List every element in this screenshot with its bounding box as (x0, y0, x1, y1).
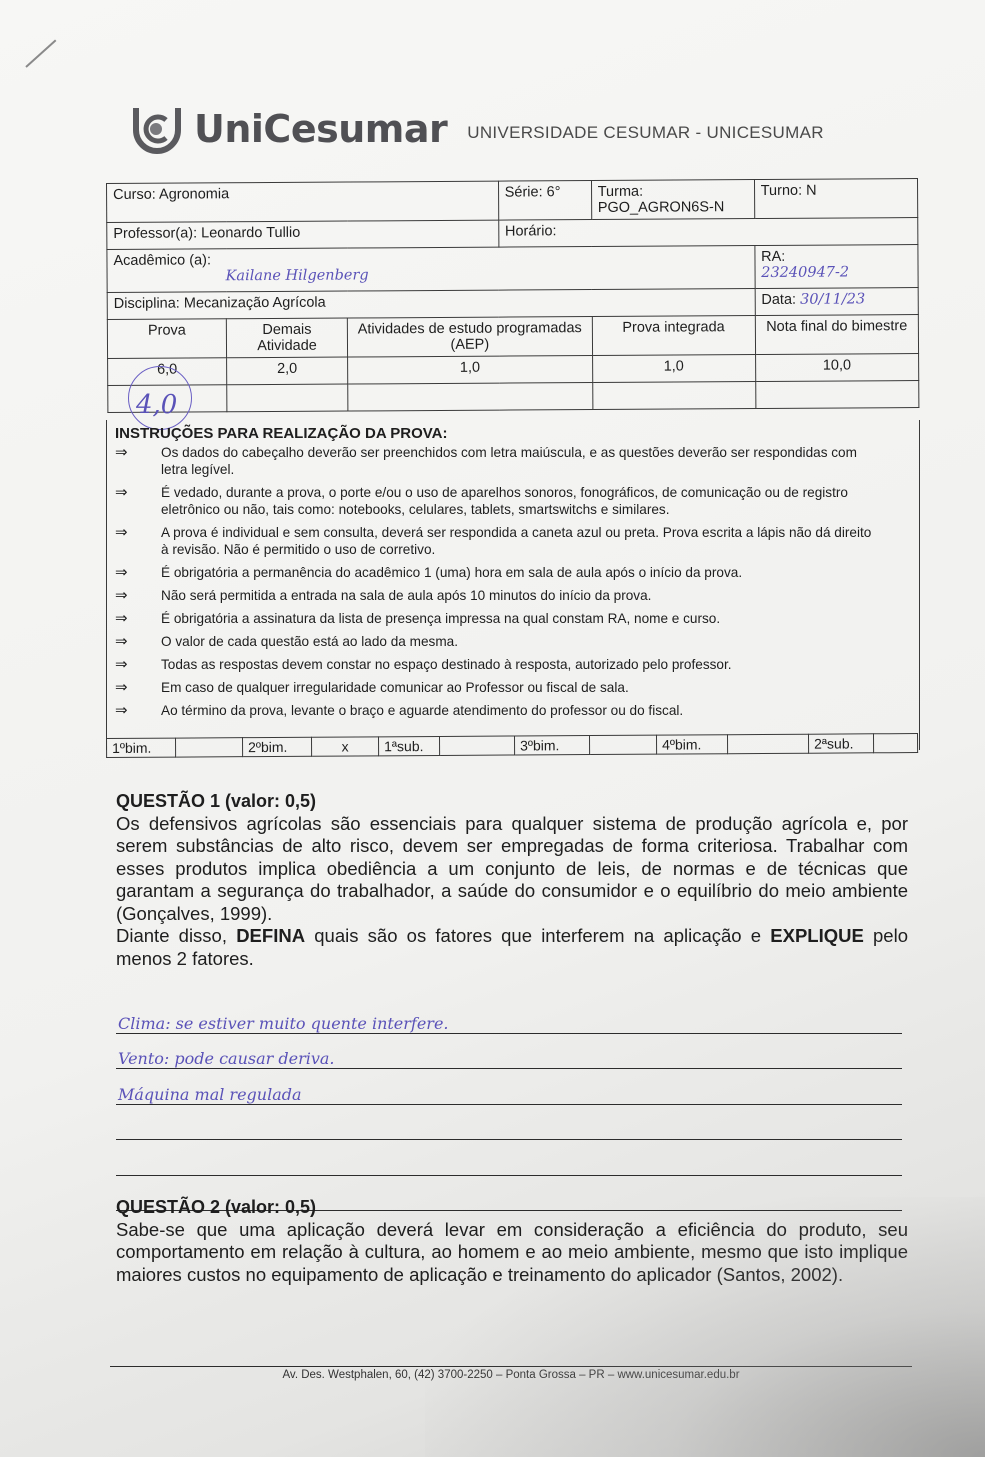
arrow-icon: ⇒ (115, 679, 161, 696)
arrow-icon: ⇒ (115, 656, 161, 673)
grade-header: Demais Atividade (226, 318, 347, 358)
question-2-text: Sabe-se que uma aplicação deverá levar e… (116, 1219, 908, 1287)
instruction-item: ⇒É obrigatória a assinatura da lista de … (115, 610, 879, 627)
bim-cell: 2ªsub. (808, 734, 873, 753)
university-name: UNIVERSIDADE CESUMAR - UNICESUMAR (467, 123, 824, 143)
brand-name: UniCesumar (194, 107, 447, 151)
grade-header: Prova integrada (592, 316, 755, 356)
grade-header: Prova (107, 319, 226, 359)
answer-line[interactable] (116, 1105, 902, 1141)
unicesumar-logo-icon (128, 100, 186, 158)
data-label: Data: (761, 292, 796, 308)
answer-handwriting: Vento: pode causar deriva. (118, 1049, 335, 1068)
ra-field[interactable]: RA: 23240947-2 (755, 245, 919, 289)
grades-header-row: Prova Demais Atividade Atividades de est… (107, 315, 918, 359)
instruction-item: ⇒Todas as respostas devem constar no esp… (115, 656, 879, 673)
question-1-prompt: Diante disso, DEFINA quais são os fatore… (116, 925, 908, 970)
bim-cell: 3ºbim. (514, 736, 589, 755)
arrow-icon: ⇒ (115, 484, 161, 518)
academico-field[interactable]: Acadêmico (a): Kailane Hilgenberg (107, 246, 755, 293)
bim-checkbox[interactable] (727, 734, 808, 753)
arrow-icon: ⇒ (115, 610, 161, 627)
bim-cell: 1ªsub. (378, 736, 439, 755)
grade-header: Nota final do bimestre (755, 315, 919, 355)
question-2-title: QUESTÃO 2 (valor: 0,5) (116, 1196, 908, 1219)
serie-field: Série: 6° (498, 181, 591, 221)
arrow-icon: ⇒ (115, 633, 161, 650)
grade-max-demais: 2,0 (227, 357, 348, 385)
curso-field: Curso: Agronomia (107, 181, 499, 222)
instruction-item: ⇒Ao término da prova, levante o braço e … (115, 702, 879, 719)
turno-field: Turno: N (754, 179, 918, 219)
instruction-item: ⇒Os dados do cabeçalho deverão ser preen… (115, 444, 879, 478)
grade-obtained-aep[interactable] (348, 383, 593, 411)
question-1-title: QUESTÃO 1 (valor: 0,5) (116, 790, 908, 813)
grade-max-integrada: 1,0 (592, 355, 755, 383)
grade-handwritten: 4,0 (136, 390, 177, 420)
instruction-item: ⇒É obrigatória a permanência do acadêmic… (115, 564, 879, 581)
instruction-item: ⇒O valor de cada questão está ao lado da… (115, 633, 879, 650)
pencil-mark (25, 39, 56, 67)
instructions-box: INSTRUÇÕES PARA REALIZAÇÃO DA PROVA: ⇒Os… (106, 420, 920, 750)
bim-checkbox[interactable] (439, 736, 514, 755)
ra-label: RA: (761, 248, 911, 265)
bim-checkbox-checked[interactable]: x (311, 737, 378, 756)
grade-max-aep: 1,0 (348, 356, 593, 384)
answer-line[interactable]: Máquina mal regulada (116, 1069, 902, 1105)
question-2: QUESTÃO 2 (valor: 0,5) Sabe-se que uma a… (116, 1196, 908, 1286)
question-1-text: Os defensivos agrícolas são essenciais p… (116, 813, 908, 926)
ra-handwritten: 23240947-2 (761, 264, 911, 281)
answer-line[interactable] (116, 1140, 902, 1176)
grade-obtained-demais[interactable] (227, 384, 348, 412)
bim-cell: 4ºbim. (656, 735, 727, 754)
bimestre-table: 1ºbim. 2ºbim. x 1ªsub. 3ºbim. 4ºbim. 2ªs… (106, 733, 918, 758)
instruction-item: ⇒A prova é individual e sem consulta, de… (115, 524, 879, 558)
grade-header: Atividades de estudo programadas (AEP) (347, 317, 592, 357)
bim-checkbox[interactable] (589, 735, 656, 754)
arrow-icon: ⇒ (115, 444, 161, 478)
horario-field: Horário: (498, 218, 918, 248)
footer-divider (110, 1366, 912, 1367)
exam-header-table: Curso: Agronomia Série: 6° Turma: PGO_AG… (106, 178, 919, 413)
exam-page: UniCesumar UNIVERSIDADE CESUMAR - UNICES… (0, 0, 985, 1457)
bim-checkbox[interactable] (176, 738, 243, 757)
disciplina-field: Disciplina: Mecanização Agrícola (107, 289, 755, 320)
arrow-icon: ⇒ (115, 564, 161, 581)
grade-max-final: 10,0 (755, 354, 919, 382)
answer-line[interactable]: Clima: se estiver muito quente interfere… (116, 998, 902, 1034)
instructions-title: INSTRUÇÕES PARA REALIZAÇÃO DA PROVA: (115, 425, 448, 442)
bim-cell: 2ºbim. (243, 737, 312, 756)
professor-field: Professor(a): Leonardo Tullio (107, 220, 499, 249)
instruction-item: ⇒Em caso de qualquer irregularidade comu… (115, 679, 879, 696)
grade-obtained-final[interactable] (755, 381, 919, 409)
instruction-item: ⇒É vedado, durante a prova, o porte e/ou… (115, 484, 879, 518)
grades-obtained-row (108, 381, 919, 413)
turma-value: PGO_AGRON6S-N (598, 199, 748, 216)
footer-address: Av. Des. Westphalen, 60, (42) 3700-2250 … (110, 1369, 912, 1381)
arrow-icon: ⇒ (115, 524, 161, 558)
data-field[interactable]: Data: 30/11/23 (755, 288, 919, 316)
turma-field: Turma: PGO_AGRON6S-N (591, 180, 754, 220)
answer-handwriting: Máquina mal regulada (118, 1085, 302, 1104)
bim-checkbox[interactable] (873, 734, 917, 753)
question-1: QUESTÃO 1 (valor: 0,5) Os defensivos agr… (116, 790, 908, 970)
turma-label: Turma: (598, 183, 748, 200)
answer-handwriting: Clima: se estiver muito quente interfere… (118, 1014, 449, 1033)
arrow-icon: ⇒ (115, 702, 161, 719)
instructions-list: ⇒Os dados do cabeçalho deverão ser preen… (115, 444, 879, 725)
instruction-item: ⇒Não será permitida a entrada na sala de… (115, 587, 879, 604)
bim-cell: 1ºbim. (107, 738, 176, 757)
grade-obtained-integrada[interactable] (592, 382, 755, 410)
arrow-icon: ⇒ (115, 587, 161, 604)
question-1-answer-area[interactable]: Clima: se estiver muito quente interfere… (116, 998, 902, 1211)
answer-line[interactable]: Vento: pode causar deriva. (116, 1034, 902, 1070)
data-handwritten: 30/11/23 (800, 291, 865, 307)
header-logo: UniCesumar UNIVERSIDADE CESUMAR - UNICES… (128, 100, 824, 158)
